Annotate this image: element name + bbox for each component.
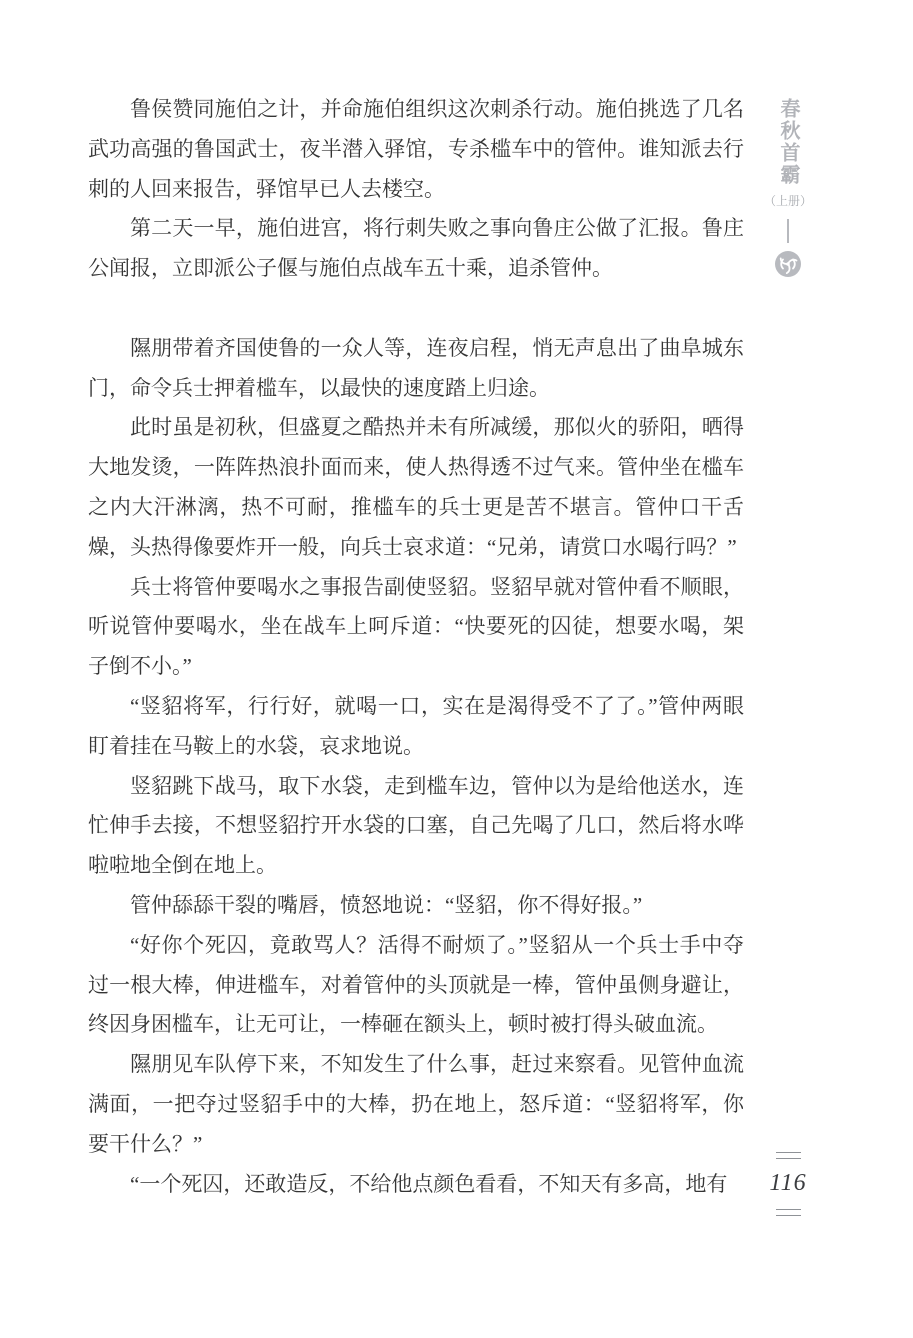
book-volume-label: （上册） <box>764 192 812 209</box>
paragraph: 竖貂跳下战马，取下水袋，走到槛车边，管仲以为是给他送水，连忙伸手去接，不想竖貂拧… <box>88 767 744 886</box>
folio-top-rule <box>776 1152 801 1159</box>
paragraph: 第二天一早，施伯进宫，将行刺失败之事向鲁庄公做了汇报。鲁庄公闻报，立即派公子偃与… <box>88 209 744 289</box>
book-title-vertical: 春秋首霸 <box>775 98 801 186</box>
folio-bottom-rule <box>776 1209 801 1216</box>
page-number: 116 <box>769 1170 806 1197</box>
body-text: 鲁侯赞同施伯之计，并命施伯组织这次刺杀行动。施伯挑选了几名武功高强的鲁国武士，夜… <box>88 90 744 1204</box>
paragraph: 兵士将管仲要喝水之事报告副使竖貂。竖貂早就对管仲看不顺眼，听说管仲要喝水，坐在战… <box>88 568 744 687</box>
vertical-rule <box>787 219 789 243</box>
swirl-seal-icon <box>774 250 802 278</box>
paragraph: 鲁侯赞同施伯之计，并命施伯组织这次刺杀行动。施伯挑选了几名武功高强的鲁国武士，夜… <box>88 90 744 209</box>
text-section: 鲁侯赞同施伯之计，并命施伯组织这次刺杀行动。施伯挑选了几名武功高强的鲁国武士，夜… <box>88 90 744 289</box>
paragraph: 管仲舔舔干裂的嘴唇，愤怒地说：“竖貂，你不得好报。” <box>88 886 744 926</box>
text-section: 隰朋带着齐国使鲁的一众人等，连夜启程，悄无声息出了曲阜城东门，命令兵士押着槛车，… <box>88 329 744 1205</box>
folio-block: 116 <box>762 1152 814 1216</box>
book-page: { "theme": { "background": "#ffffff", "b… <box>0 0 913 1338</box>
margin-sidebar: 春秋首霸 （上册） <box>762 98 814 278</box>
paragraph: 隰朋带着齐国使鲁的一众人等，连夜启程，悄无声息出了曲阜城东门，命令兵士押着槛车，… <box>88 329 744 409</box>
paragraph: 此时虽是初秋，但盛夏之酷热并未有所减缓，那似火的骄阳，晒得大地发烫，一阵阵热浪扑… <box>88 408 744 567</box>
paragraph: “竖貂将军，行行好，就喝一口，实在是渴得受不了了。”管仲两眼盯着挂在马鞍上的水袋… <box>88 687 744 767</box>
paragraph: 隰朋见车队停下来，不知发生了什么事，赶过来察看。见管仲血流满面，一把夺过竖貂手中… <box>88 1045 744 1164</box>
paragraph: “一个死囚，还敢造反，不给他点颜色看看，不知天有多高，地有 <box>88 1165 744 1205</box>
paragraph: “好你个死囚，竟敢骂人？活得不耐烦了。”竖貂从一个兵士手中夺过一根大棒，伸进槛车… <box>88 926 744 1045</box>
